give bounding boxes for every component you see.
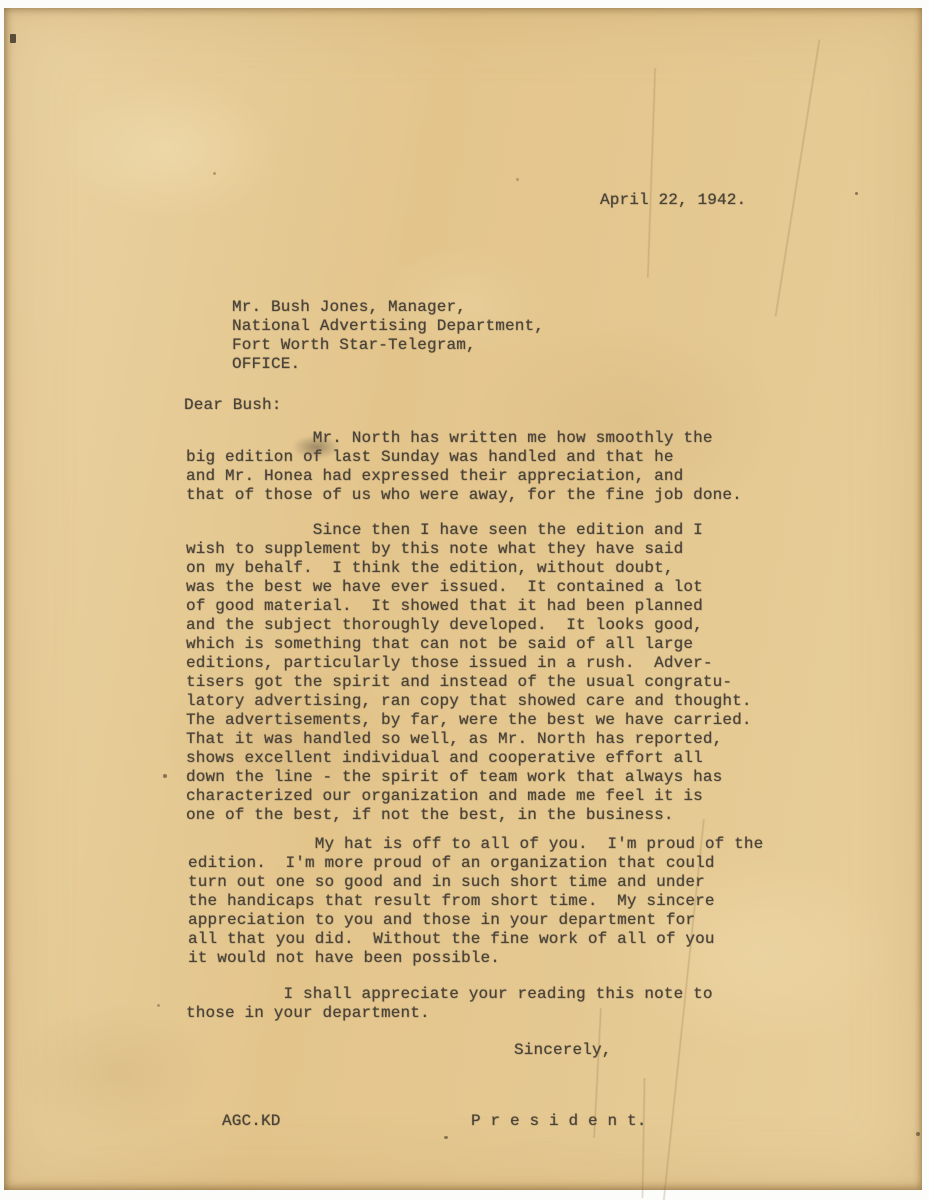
closing: Sincerely, xyxy=(514,1041,612,1060)
typist-initials: AGC.KD xyxy=(222,1112,281,1131)
crease-mark xyxy=(646,68,656,278)
crease-mark xyxy=(641,1078,646,1198)
scanned-letter-page: April 22, 1942. Mr. Bush Jones, Manager,… xyxy=(0,0,929,1200)
paper-speck xyxy=(916,1132,920,1136)
body-paragraph-4: I shall appreciate your reading this not… xyxy=(186,985,713,1023)
paper-speck xyxy=(157,1004,160,1007)
body-paragraph-1: Mr. North has written me how smoothly th… xyxy=(186,429,742,505)
signature-title: P r e s i d e n t. xyxy=(471,1112,647,1131)
body-paragraph-2: Since then I have seen the edition and I… xyxy=(186,521,752,825)
paper-speck xyxy=(163,774,167,778)
paper-speck xyxy=(855,192,858,195)
body-paragraph-3: My hat is off to all of you. I'm proud o… xyxy=(188,835,763,968)
letter-date: April 22, 1942. xyxy=(600,191,746,210)
salutation: Dear Bush: xyxy=(184,396,282,415)
letter-paper: April 22, 1942. Mr. Bush Jones, Manager,… xyxy=(4,8,922,1190)
recipient-address: Mr. Bush Jones, Manager, National Advert… xyxy=(232,298,544,374)
paper-speck xyxy=(10,34,16,43)
paper-speck xyxy=(213,172,216,175)
paper-speck xyxy=(516,178,519,181)
paper-speck xyxy=(444,1136,448,1139)
crease-mark xyxy=(774,39,821,316)
